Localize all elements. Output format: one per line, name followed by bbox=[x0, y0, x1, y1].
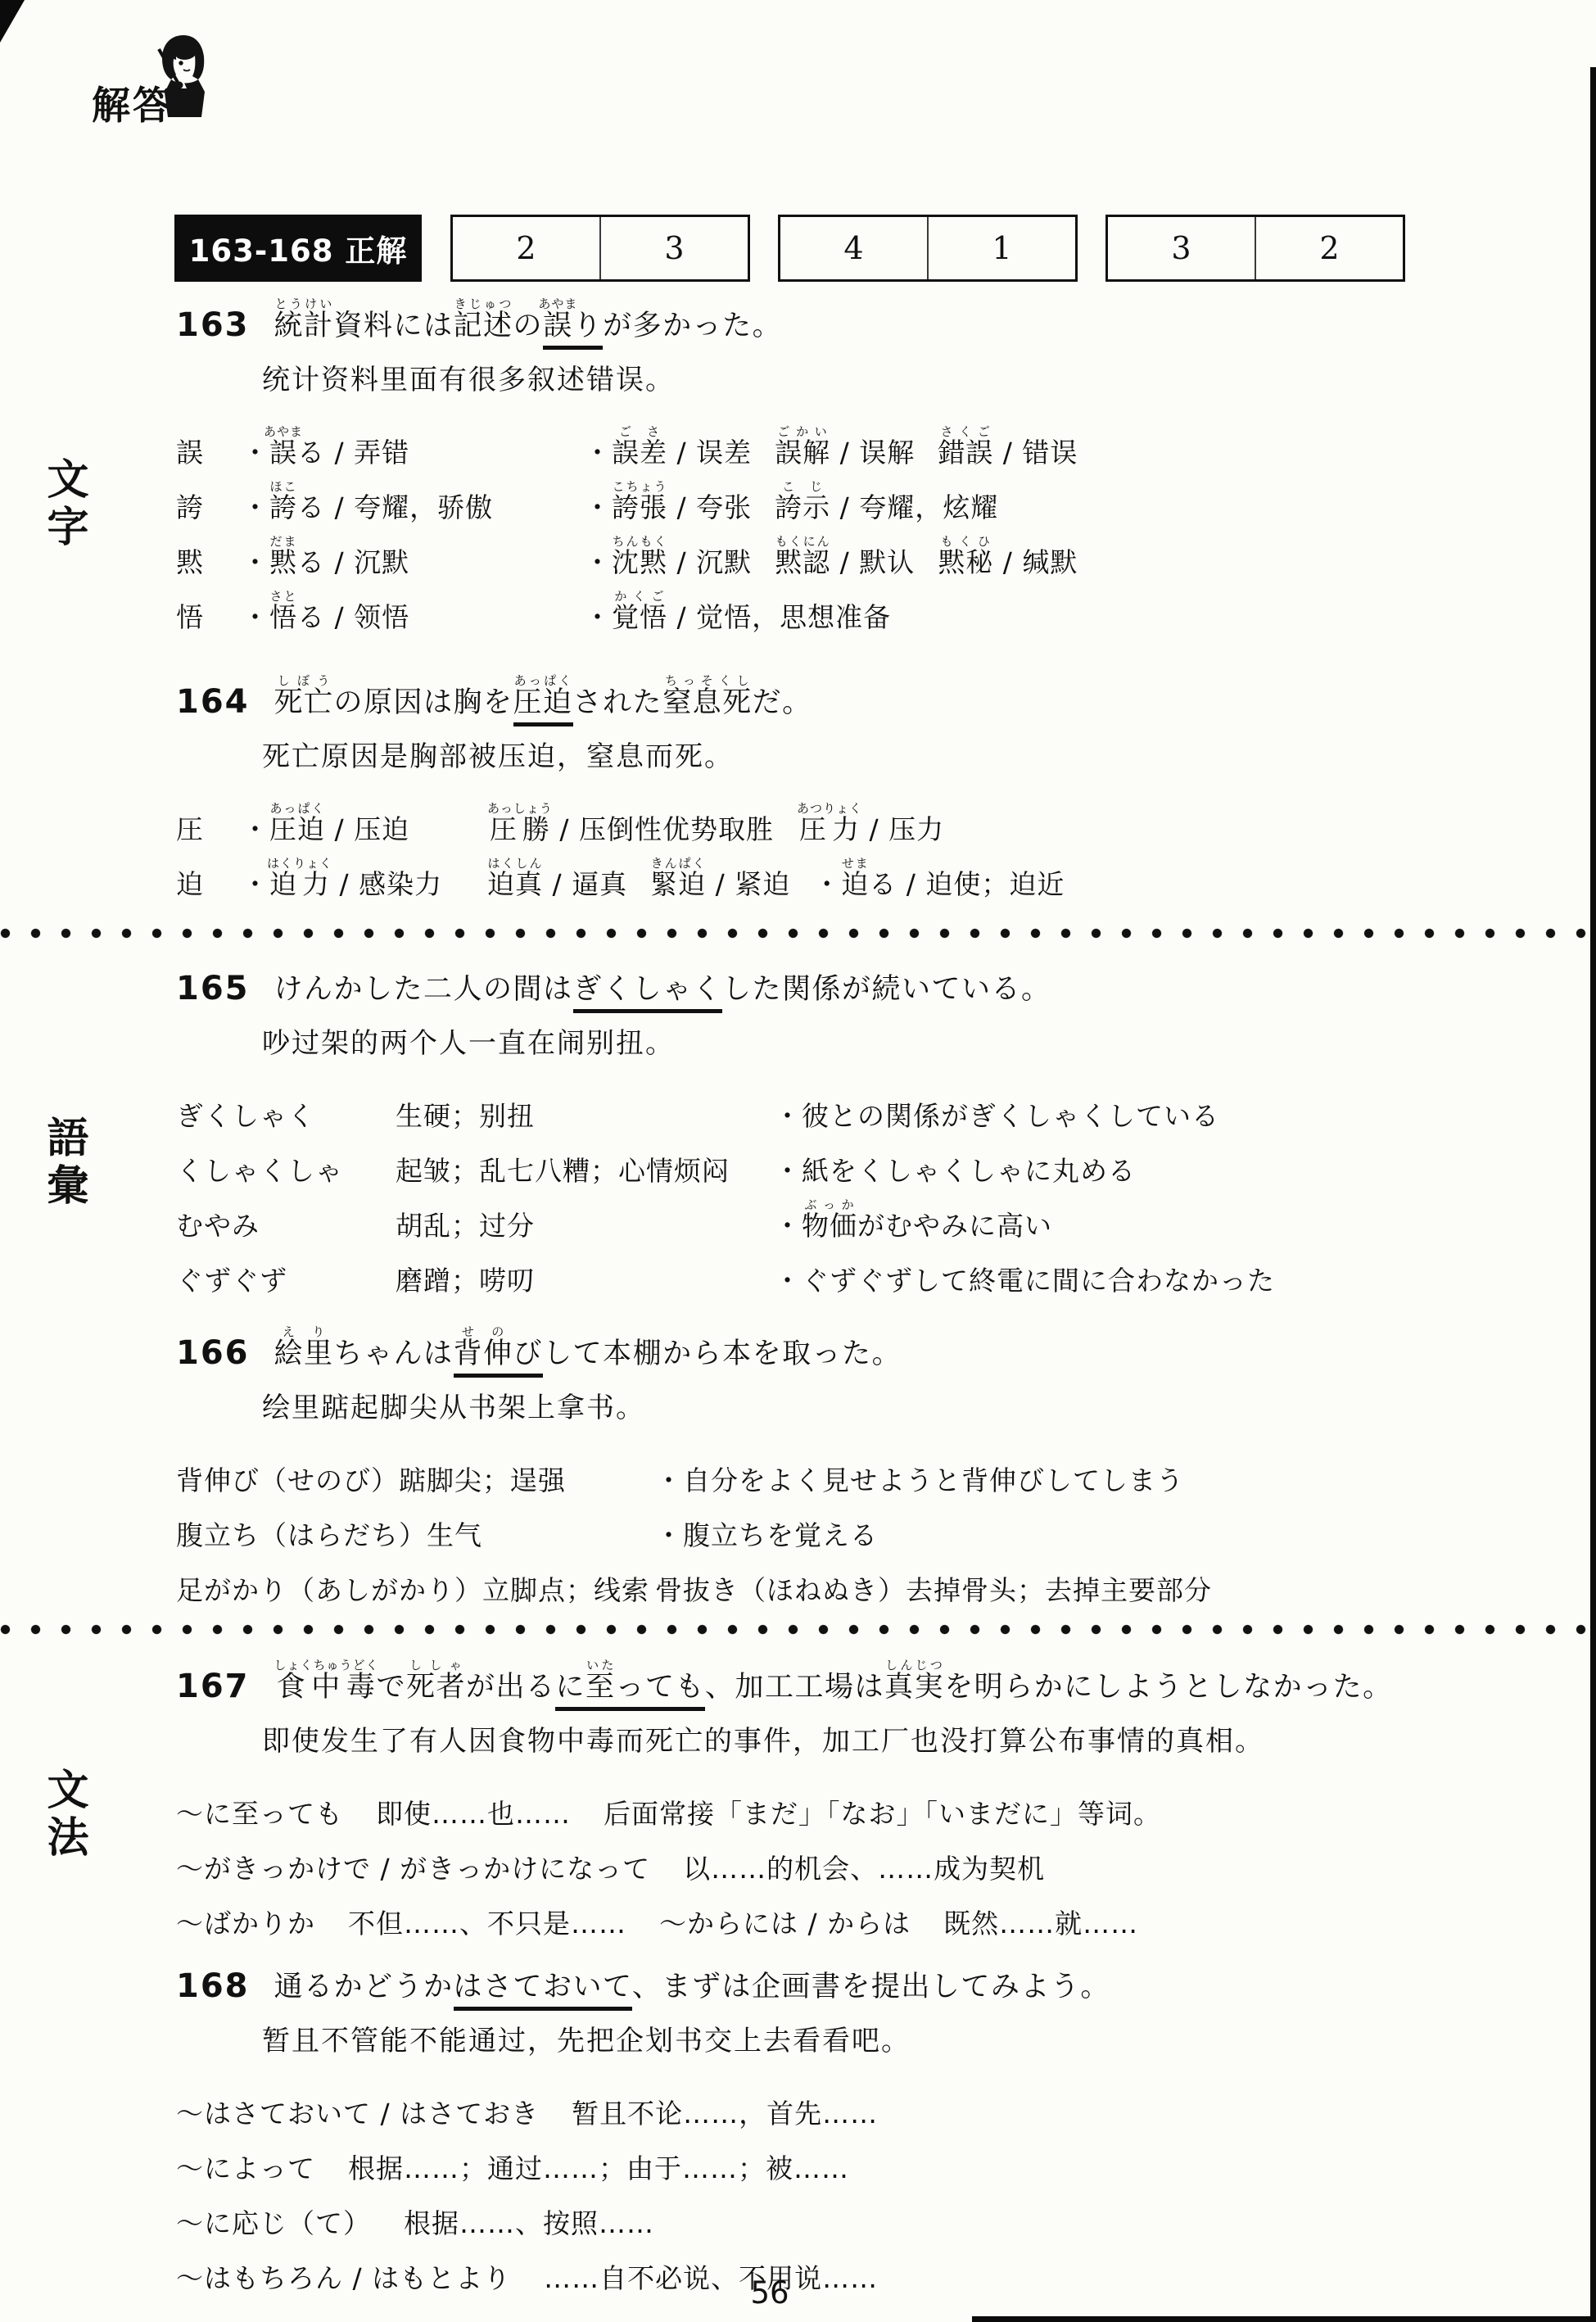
vocab-row: 悟・悟さとる / 领悟・覚悟かくご / 觉悟，思想准备 bbox=[176, 580, 1539, 635]
answer-group-3: 32 bbox=[1105, 215, 1405, 282]
vocab-cell: ・物価ぶっかがむやみに高い bbox=[774, 1197, 1539, 1243]
text-segment: ～からには / からは bbox=[659, 1908, 911, 1940]
vocab-cell: 誤解ごかい / 误解 bbox=[775, 424, 915, 470]
text-segment: の原因は胸を bbox=[334, 686, 513, 719]
ruby-word: 至いた bbox=[586, 1671, 616, 1711]
text-segment: ・ bbox=[242, 546, 269, 578]
question-translation: 死亡原因是胸部被压迫，窒息而死。 bbox=[262, 734, 1539, 774]
text-segment: ・自分をよく見せようと背伸びしてしまう bbox=[655, 1464, 1184, 1496]
text-segment: ・ bbox=[242, 813, 269, 845]
ruby-word: 悟さと bbox=[269, 601, 297, 633]
vocab-cell: ・ぐずぐずして終電に間に合わなかった bbox=[774, 1260, 1539, 1298]
ruby-word: 沈黙ちんもく bbox=[612, 546, 667, 578]
text-segment: 背伸び（せのび）踮脚尖；逞强 bbox=[176, 1464, 566, 1496]
text-segment: 后面常接「まだ」「なお」「いまだに」等词。 bbox=[604, 1798, 1161, 1830]
ruby-word: 迫せま bbox=[841, 868, 869, 900]
text-segment: る / 夸耀，骄傲 bbox=[297, 491, 493, 523]
answer-cell: 2 bbox=[1255, 217, 1403, 279]
text-segment: して本棚から本を取った。 bbox=[543, 1338, 902, 1370]
text-segment: / 默认 bbox=[830, 546, 915, 578]
text-segment: 資料には bbox=[334, 310, 454, 342]
answer-key-label: 163-168 正解 bbox=[174, 215, 422, 282]
text-segment: 既然……就…… bbox=[943, 1908, 1138, 1940]
text-segment: ・ bbox=[584, 546, 612, 578]
text-segment: ・ bbox=[242, 601, 269, 633]
question-translation: 吵过架的两个人一直在闹别扭。 bbox=[262, 1021, 1539, 1061]
scan-corner-mark bbox=[0, 0, 25, 43]
text-segment: 暂且不论……，首先…… bbox=[572, 2098, 878, 2130]
sidebar-label-moji: 文字 bbox=[33, 457, 93, 552]
answer-cell: 3 bbox=[1108, 217, 1255, 279]
text-segment: で bbox=[376, 1671, 406, 1704]
text-segment: はさておいて bbox=[454, 1971, 632, 2011]
question-sentence: 通るかどうかはさておいて、まずは企画書を提出してみよう。 bbox=[274, 1964, 1110, 2005]
vocab-cell: ・誇張こちょう / 夸张 bbox=[584, 479, 752, 525]
vocab-rows: 背伸び（せのび）踮脚尖；逞强・自分をよく見せようと背伸びしてしまう腹立ち（はらだ… bbox=[176, 1443, 1539, 1608]
text-segment: っても bbox=[616, 1671, 706, 1711]
vocab-cell: ・自分をよく見せようと背伸びしてしまう bbox=[655, 1460, 1539, 1498]
sidebar-label-goi: 語彙 bbox=[33, 1116, 93, 1211]
page: 解答 163-168 正解 234132 文字 語彙 文法 163統計とうけい資… bbox=[0, 0, 1596, 2322]
vocab-cell: 緊迫きんぱく / 紧迫 bbox=[650, 856, 790, 902]
ruby-word: 絵里えり bbox=[274, 1338, 334, 1370]
vocab-rows: ～はさておいて / はさておき暂且不论……，首先……～によって根据……；通过……… bbox=[176, 2076, 1539, 2296]
question-sentence-line: 163統計とうけい資料には記述きじゅつの誤あやまりが多かった。 bbox=[176, 285, 1539, 344]
ruby-word: 圧迫あっぱく bbox=[269, 813, 325, 845]
vocab-cell: ・圧迫あっぱく / 压迫 bbox=[242, 801, 464, 847]
text-segment: 、まずは企画書を提出してみよう。 bbox=[632, 1971, 1110, 2003]
text-segment: / 错误 bbox=[993, 437, 1078, 468]
text-segment: / 感染力 bbox=[330, 868, 442, 900]
ruby-word: 誤あやま bbox=[269, 437, 297, 468]
text-segment: び bbox=[513, 1338, 544, 1378]
text-segment: 胡乱；过分 bbox=[396, 1210, 535, 1242]
ruby-word: 迫真はくしん bbox=[487, 868, 543, 900]
ruby-word: 覚悟かくご bbox=[612, 601, 667, 633]
vocab-cell: 黙認もくにん / 默认 bbox=[775, 534, 915, 580]
text-segment: / 紧迫 bbox=[706, 868, 790, 900]
text-segment: / 逼真 bbox=[543, 868, 627, 900]
ruby-word: 統計とうけい bbox=[274, 310, 334, 342]
question-number: 168 bbox=[176, 1967, 250, 2005]
vocab-cell: 生硬；别扭 bbox=[396, 1095, 774, 1134]
vocab-kanji-head: 迫 bbox=[176, 863, 242, 902]
text-segment: だ。 bbox=[753, 686, 812, 719]
text-segment: が多かった。 bbox=[603, 310, 782, 342]
vocab-cell: ぐずぐず bbox=[176, 1260, 396, 1298]
question-sentence-line: 165けんかした二人の間はぎくしゃくした関係が続いている。 bbox=[176, 948, 1539, 1007]
vocab-row: ～によって根据……；通过……；由于……；被…… bbox=[176, 2131, 1539, 2186]
vocab-cell: ～はもちろん / はもとより bbox=[176, 2257, 511, 2296]
text-segment: むやみ bbox=[176, 1210, 260, 1242]
answer-group-1: 23 bbox=[450, 215, 750, 282]
text-segment: に bbox=[555, 1671, 586, 1711]
vocab-cell: 背伸び（せのび）踮脚尖；逞强 bbox=[176, 1460, 655, 1498]
vocab-rows: ～に至っても即使……也……后面常接「まだ」「なお」「いまだに」等词。～がきっかけ… bbox=[176, 1777, 1539, 1941]
question-sentence: 食中毒しょくちゅうどくで死者ししゃが出るに至いたっても、加工工場は真実しんじつを… bbox=[274, 1658, 1393, 1705]
text-segment: る / 迫使；迫近 bbox=[869, 868, 1065, 900]
vocab-cell: ……自不必说、不用说…… bbox=[544, 2257, 878, 2296]
ruby-word: 誇示こじ bbox=[775, 491, 830, 523]
question-sentence-line: 167食中毒しょくちゅうどくで死者ししゃが出るに至いたっても、加工工場は真実しん… bbox=[176, 1646, 1539, 1705]
vocab-cell: ・覚悟かくご / 觉悟，思想准备 bbox=[584, 589, 891, 635]
text-segment: けんかした二人の間は bbox=[274, 973, 573, 1006]
text-segment: 、加工工場は bbox=[705, 1671, 884, 1704]
vocab-row: 足がかり（あしがかり）立脚点；线索骨抜き（ほねぬき）去掉骨头；去掉主要部分 bbox=[176, 1553, 1539, 1608]
vocab-row: ～ばかりか不但……、不只是……～からには / からは既然……就…… bbox=[176, 1886, 1539, 1941]
question-sentence: 死亡しぼうの原因は胸を圧迫あっぱくされた窒息死ちっそくしだ。 bbox=[274, 673, 812, 721]
text-segment: / 夸张 bbox=[667, 491, 752, 523]
text-segment: 足がかり（あしがかり）立脚点；线索 bbox=[176, 1574, 649, 1606]
vocab-cell: ・黙だまる / 沉默 bbox=[242, 534, 561, 580]
dotted-separator-1 bbox=[0, 928, 1596, 939]
text-segment: ～によって bbox=[176, 2152, 315, 2184]
text-segment: / 缄默 bbox=[993, 546, 1078, 578]
text-segment: る / 领悟 bbox=[297, 601, 409, 633]
scan-edge-right bbox=[1590, 67, 1596, 2322]
vocab-row: ～に至っても即使……也……后面常接「まだ」「なお」「いまだに」等词。 bbox=[176, 1777, 1539, 1831]
vocab-cell: くしゃくしゃ bbox=[176, 1150, 396, 1188]
text-segment: り bbox=[573, 310, 604, 350]
dotted-separator-2 bbox=[0, 1624, 1596, 1635]
vocab-cell: 起皱；乱七八糟；心情烦闷 bbox=[396, 1150, 774, 1188]
vocab-kanji-head: 誤 bbox=[176, 432, 242, 470]
vocab-row: ～はもちろん / はもとより……自不必说、不用说…… bbox=[176, 2241, 1539, 2296]
vocab-cell: 后面常接「まだ」「なお」「いまだに」等词。 bbox=[604, 1793, 1161, 1831]
vocab-cell: ～ばかりか bbox=[176, 1903, 315, 1941]
vocab-kanji-head: 誇 bbox=[176, 487, 242, 525]
vocab-cell: ～によって bbox=[176, 2148, 315, 2186]
text-segment: 起皱；乱七八糟；心情烦闷 bbox=[396, 1155, 730, 1187]
ruby-word: 窒息死ちっそくし bbox=[662, 686, 753, 719]
vocab-cell: ・紙をくしゃくしゃに丸める bbox=[774, 1150, 1539, 1188]
text-segment: がむやみに高い bbox=[857, 1210, 1052, 1242]
text-segment: / 觉悟，思想准备 bbox=[667, 601, 891, 633]
text-segment: 骨抜き（ほねぬき）去掉骨头；去掉主要部分 bbox=[655, 1574, 1212, 1606]
vocab-row: ぐずぐず磨蹭；唠叨・ぐずぐずして終電に間に合わなかった bbox=[176, 1243, 1539, 1298]
text-segment: ・彼との関係がぎくしゃくしている bbox=[774, 1100, 1219, 1132]
page-number: 56 bbox=[735, 2275, 804, 2311]
question-sentence-line: 168通るかどうかはさておいて、まずは企画書を提出してみよう。 bbox=[176, 1946, 1539, 2005]
question-sentence-line: 164死亡しぼうの原因は胸を圧迫あっぱくされた窒息死ちっそくしだ。 bbox=[176, 662, 1539, 721]
text-segment: ・ bbox=[584, 601, 612, 633]
question-166: 166絵里えりちゃんは背伸せのびして本棚から本を取った。绘里踮起脚尖从书架上拿书… bbox=[176, 1313, 1539, 1608]
ruby-word: 誇ほこ bbox=[269, 491, 297, 523]
text-segment: / 误差 bbox=[667, 437, 752, 468]
vocab-cell: ・腹立ちを覚える bbox=[655, 1514, 1539, 1553]
vocab-cell: ～はさておいて / はさておき bbox=[176, 2093, 539, 2131]
answer-cell: 3 bbox=[599, 217, 748, 279]
text-segment: ～ばかりか bbox=[176, 1908, 315, 1940]
question-translation: 暂且不管能不能通过，先把企划书交上去看看吧。 bbox=[262, 2018, 1539, 2058]
text-segment: くしゃくしゃ bbox=[176, 1155, 343, 1187]
text-segment: ～に至っても bbox=[176, 1798, 343, 1830]
ruby-word: 緊迫きんぱく bbox=[650, 868, 706, 900]
ruby-word: 誤解ごかい bbox=[775, 437, 830, 468]
text-segment: ・紙をくしゃくしゃに丸める bbox=[774, 1155, 1136, 1187]
vocab-cell: ・誇ほこる / 夸耀，骄傲 bbox=[242, 479, 561, 525]
question-number: 164 bbox=[176, 683, 250, 721]
vocab-cell: 既然……就…… bbox=[943, 1903, 1138, 1941]
vocab-row: ～がきっかけで / がきっかけになって以……的机会、……成为契机 bbox=[176, 1831, 1539, 1886]
question-167: 167食中毒しょくちゅうどくで死者ししゃが出るに至いたっても、加工工場は真実しん… bbox=[176, 1646, 1539, 1941]
question-number: 167 bbox=[176, 1668, 250, 1705]
question-translation: 即使发生了有人因食物中毒而死亡的事件，加工厂也没打算公布事情的真相。 bbox=[262, 1718, 1539, 1758]
text-segment: / 夸耀，炫耀 bbox=[830, 491, 998, 523]
vocab-cell: 暂且不论……，首先…… bbox=[572, 2093, 878, 2131]
vocab-cell: 根据……、按照…… bbox=[404, 2202, 654, 2241]
ruby-word: 誇張こちょう bbox=[612, 491, 667, 523]
ruby-word: 背伸せの bbox=[454, 1338, 513, 1378]
text-segment: ・ bbox=[584, 491, 612, 523]
text-segment: 磨蹭；唠叨 bbox=[396, 1265, 535, 1297]
text-segment: ・ bbox=[584, 437, 612, 468]
text-segment: ・ bbox=[242, 491, 269, 523]
text-segment: 生硬；别扭 bbox=[396, 1100, 535, 1132]
vocab-row: くしゃくしゃ起皱；乱七八糟；心情烦闷・紙をくしゃくしゃに丸める bbox=[176, 1134, 1539, 1188]
text-segment: 腹立ち（はらだち）生气 bbox=[176, 1519, 482, 1551]
vocab-cell: 以……的机会、……成为契机 bbox=[683, 1848, 1045, 1886]
text-segment: 不但……、不只是…… bbox=[348, 1908, 626, 1940]
sidebar-label-bunpou: 文法 bbox=[33, 1768, 93, 1863]
vocab-rows: ぎくしゃく生硬；别扭・彼との関係がぎくしゃくしているくしゃくしゃ起皱；乱七八糟；… bbox=[176, 1079, 1539, 1298]
ruby-word: 食中毒しょくちゅうどく bbox=[274, 1671, 377, 1704]
vocab-cell: 迫真はくしん / 逼真 bbox=[487, 856, 627, 902]
vocab-rows: 誤・誤あやまる / 弄错・誤差ごさ / 误差誤解ごかい / 误解錯誤さくご / … bbox=[176, 415, 1539, 635]
text-segment: / 压迫 bbox=[325, 813, 409, 845]
answer-group-2: 41 bbox=[778, 215, 1078, 282]
vocab-row: ～に応じ（て）根据……、按照…… bbox=[176, 2186, 1539, 2241]
text-segment: ～に応じ（て） bbox=[176, 2207, 371, 2239]
vocab-cell: 根据……；通过……；由于……；被…… bbox=[348, 2148, 849, 2186]
vocab-cell: 黙秘もくひ / 缄默 bbox=[938, 534, 1078, 580]
text-segment: / 误解 bbox=[830, 437, 915, 468]
question-164: 164死亡しぼうの原因は胸を圧迫あっぱくされた窒息死ちっそくしだ。死亡原因是胸部… bbox=[176, 662, 1539, 902]
answer-cell: 4 bbox=[780, 217, 927, 279]
text-segment: / 压倒性优势取胜 bbox=[550, 813, 774, 845]
text-segment: 即使……也…… bbox=[376, 1798, 571, 1830]
text-segment: ちゃんは bbox=[334, 1338, 454, 1370]
ruby-word: 圧勝あっしょう bbox=[487, 813, 550, 845]
text-segment: ……自不必说、不用说…… bbox=[544, 2262, 878, 2294]
text-segment: / 沉默 bbox=[667, 546, 752, 578]
vocab-cell: 不但……、不只是…… bbox=[348, 1903, 626, 1941]
question-163: 163統計とうけい資料には記述きじゅつの誤あやまりが多かった。统计资料里面有很多… bbox=[176, 285, 1539, 635]
question-sentence: 統計とうけい資料には記述きじゅつの誤あやまりが多かった。 bbox=[274, 296, 783, 344]
vocab-cell: 即使……也…… bbox=[376, 1793, 571, 1831]
text-segment: る / 弄错 bbox=[297, 437, 409, 468]
text-segment: ～はもちろん / はもとより bbox=[176, 2262, 511, 2294]
vocab-row: むやみ胡乱；过分・物価ぶっかがむやみに高い bbox=[176, 1188, 1539, 1243]
text-segment: ・腹立ちを覚える bbox=[655, 1519, 878, 1551]
text-segment: 通るかどうか bbox=[274, 1971, 454, 2003]
answer-groups: 234132 bbox=[450, 215, 1405, 282]
vocab-row: 背伸び（せのび）踮脚尖；逞强・自分をよく見せようと背伸びしてしまう bbox=[176, 1443, 1539, 1498]
vocab-row: 腹立ち（はらだち）生气・腹立ちを覚える bbox=[176, 1498, 1539, 1553]
girl-teacher-illustration bbox=[146, 33, 219, 123]
text-segment: ・ bbox=[774, 1210, 802, 1242]
text-segment: ～はさておいて / はさておき bbox=[176, 2098, 539, 2130]
text-segment: ～がきっかけで / がきっかけになって bbox=[176, 1853, 650, 1885]
question-sentence: けんかした二人の間はぎくしゃくした関係が続いている。 bbox=[274, 966, 1051, 1007]
vocab-row: 誇・誇ほこる / 夸耀，骄傲・誇張こちょう / 夸张誇示こじ / 夸耀，炫耀 bbox=[176, 470, 1539, 525]
vocab-cell: 誇示こじ / 夸耀，炫耀 bbox=[775, 479, 998, 525]
vocab-cell: 骨抜き（ほねぬき）去掉骨头；去掉主要部分 bbox=[655, 1569, 1539, 1608]
text-segment: 以……的机会、……成为契机 bbox=[683, 1853, 1045, 1885]
vocab-cell: ～に至っても bbox=[176, 1793, 343, 1831]
ruby-word: 圧迫あっぱく bbox=[513, 686, 573, 726]
ruby-word: 真実しんじつ bbox=[884, 1671, 944, 1704]
vocab-rows: 圧・圧迫あっぱく / 压迫圧勝あっしょう / 压倒性优势取胜圧力あつりょく / … bbox=[176, 792, 1539, 902]
vocab-row: 圧・圧迫あっぱく / 压迫圧勝あっしょう / 压倒性优势取胜圧力あつりょく / … bbox=[176, 792, 1539, 847]
ruby-word: 黙だま bbox=[269, 546, 297, 578]
question-168: 168通るかどうかはさておいて、まずは企画書を提出してみよう。暂且不管能不能通过… bbox=[176, 1946, 1539, 2296]
answer-cell: 2 bbox=[453, 217, 599, 279]
vocab-cell: ・悟さとる / 领悟 bbox=[242, 589, 561, 635]
ruby-word: 物価ぶっか bbox=[802, 1210, 857, 1242]
text-segment: 根据……、按照…… bbox=[404, 2207, 654, 2239]
vocab-kanji-head: 圧 bbox=[176, 808, 242, 847]
vocab-cell: むやみ bbox=[176, 1205, 396, 1243]
vocab-row: 誤・誤あやまる / 弄错・誤差ごさ / 误差誤解ごかい / 误解錯誤さくご / … bbox=[176, 415, 1539, 470]
text-segment: 根据……；通过……；由于……；被…… bbox=[348, 2152, 849, 2184]
question-sentence: 絵里えりちゃんは背伸せのびして本棚から本を取った。 bbox=[274, 1324, 902, 1372]
question-sentence-line: 166絵里えりちゃんは背伸せのびして本棚から本を取った。 bbox=[176, 1313, 1539, 1372]
girl-teacher-icon bbox=[146, 33, 219, 120]
vocab-cell: 圧力あつりょく / 压力 bbox=[797, 801, 944, 847]
vocab-cell: 胡乱；过分 bbox=[396, 1205, 774, 1243]
vocab-row: ぎくしゃく生硬；别扭・彼との関係がぎくしゃくしている bbox=[176, 1079, 1539, 1134]
vocab-cell: 腹立ち（はらだち）生气 bbox=[176, 1514, 655, 1553]
text-segment: した関係が続いている。 bbox=[722, 973, 1051, 1006]
text-segment: ぐずぐず bbox=[176, 1265, 287, 1297]
ruby-word: 黙認もくにん bbox=[775, 546, 830, 578]
question-translation: 统计资料里面有很多叙述错误。 bbox=[262, 357, 1539, 397]
vocab-row: ～はさておいて / はさておき暂且不论……，首先…… bbox=[176, 2076, 1539, 2131]
question-number: 163 bbox=[176, 306, 250, 344]
ruby-word: 誤差ごさ bbox=[612, 437, 667, 468]
question-number: 166 bbox=[176, 1334, 250, 1372]
answer-cell: 1 bbox=[927, 217, 1075, 279]
text-segment: が出る bbox=[466, 1671, 556, 1704]
ruby-word: 圧力あつりょく bbox=[797, 813, 860, 845]
text-segment: ・ bbox=[242, 868, 269, 900]
vocab-kanji-head: 悟 bbox=[176, 596, 242, 635]
ruby-word: 黙秘もくひ bbox=[938, 546, 993, 578]
scan-edge-bottom bbox=[972, 2316, 1596, 2322]
vocab-cell: ぎくしゃく bbox=[176, 1095, 396, 1134]
question-165: 165けんかした二人の間はぎくしゃくした関係が続いている。吵过架的两个人一直在闹… bbox=[176, 948, 1539, 1298]
text-segment: ぎくしゃく bbox=[573, 973, 723, 1013]
vocab-row: 迫・迫力はくりょく / 感染力迫真はくしん / 逼真緊迫きんぱく / 紧迫・迫せ… bbox=[176, 847, 1539, 902]
text-segment: ・ぐずぐずして終電に間に合わなかった bbox=[774, 1265, 1275, 1297]
vocab-cell: 足がかり（あしがかり）立脚点；线索 bbox=[176, 1569, 655, 1608]
ruby-word: 錯誤さくご bbox=[938, 437, 993, 468]
text-segment: を明らかにしようとしなかった。 bbox=[944, 1671, 1393, 1704]
ruby-word: 死亡しぼう bbox=[274, 686, 334, 719]
question-translation: 绘里踮起脚尖从书架上拿书。 bbox=[262, 1385, 1539, 1425]
vocab-cell: 圧勝あっしょう / 压倒性优势取胜 bbox=[487, 801, 774, 847]
ruby-word: 誤あやま bbox=[543, 310, 573, 350]
text-segment: る / 沉默 bbox=[297, 546, 409, 578]
text-segment: / 压力 bbox=[860, 813, 944, 845]
question-number: 165 bbox=[176, 970, 250, 1007]
text-segment: ぎくしゃく bbox=[176, 1100, 315, 1132]
vocab-cell: 磨蹭；唠叨 bbox=[396, 1260, 774, 1298]
vocab-row: 黙・黙だまる / 沉默・沈黙ちんもく / 沉默黙認もくにん / 默认黙秘もくひ … bbox=[176, 525, 1539, 580]
vocab-kanji-head: 黙 bbox=[176, 541, 242, 580]
vocab-cell: ・誤あやまる / 弄错 bbox=[242, 424, 561, 470]
ruby-word: 迫力はくりょく bbox=[269, 868, 330, 900]
vocab-cell: ～がきっかけで / がきっかけになって bbox=[176, 1848, 650, 1886]
vocab-cell: ・誤差ごさ / 误差 bbox=[584, 424, 752, 470]
vocab-cell: ～からには / からは bbox=[659, 1903, 911, 1941]
vocab-cell: 錯誤さくご / 错误 bbox=[938, 424, 1078, 470]
vocab-cell: ・迫せまる / 迫使；迫近 bbox=[813, 856, 1065, 902]
vocab-cell: ・沈黙ちんもく / 沉默 bbox=[584, 534, 752, 580]
vocab-cell: ・彼との関係がぎくしゃくしている bbox=[774, 1095, 1539, 1134]
text-segment: ・ bbox=[813, 868, 841, 900]
ruby-word: 死者ししゃ bbox=[406, 1671, 466, 1704]
vocab-cell: ・迫力はくりょく / 感染力 bbox=[242, 856, 464, 902]
vocab-cell: ～に応じ（て） bbox=[176, 2202, 371, 2241]
ruby-word: 記述きじゅつ bbox=[454, 310, 513, 342]
text-segment: された bbox=[573, 686, 663, 719]
